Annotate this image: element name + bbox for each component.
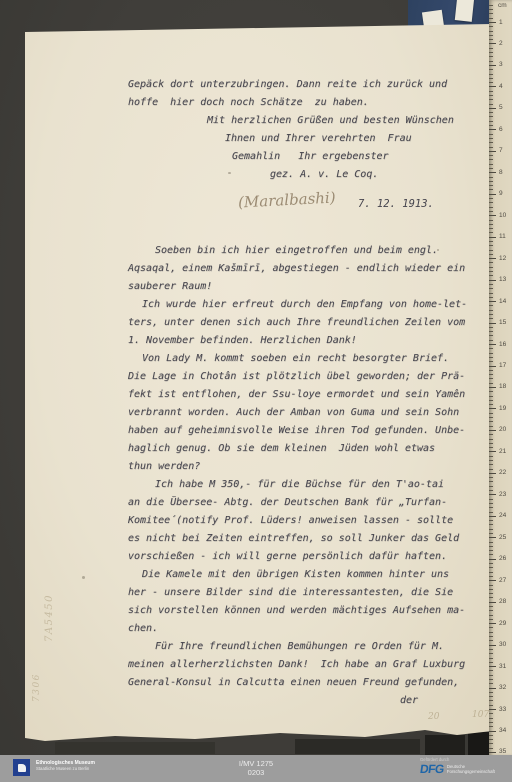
letter-line: es nicht bei Zeiten eintreffen, so soll … <box>128 533 459 545</box>
letter-line: vorschießen - ich will gerne persönlich … <box>128 551 447 563</box>
letter-line: Ihnen und Ihrer verehrten Frau <box>225 133 412 145</box>
archive-footer-bar: Ethnologisches Museum Staatliche Museen … <box>0 755 512 782</box>
letter-line: Von Lady M. kommt soeben ein recht besor… <box>142 353 449 365</box>
letter-line: fekt ist entflohen, der Ssu-loye ermorde… <box>128 389 465 401</box>
letter-line: thun werden? <box>128 461 200 473</box>
letter-line: sauberer Raum! <box>128 281 212 293</box>
letter-line: der <box>400 695 418 707</box>
letter-line: verbrannt worden. Auch der Amban von Gum… <box>128 407 459 419</box>
letter-line: hoffe hier doch noch Schätze zu haben. <box>128 97 369 109</box>
letter-line: General-Konsul in Calcutta einen neuen F… <box>128 677 459 689</box>
pencil-number-bottom-right-a: 20 <box>428 712 439 722</box>
letter-line: Für Ihre freundlichen Bemühungen re Orde… <box>155 641 444 653</box>
letter-line: haglich genug. Ob sie dem kleinen Jüden … <box>128 443 435 455</box>
scan-background: Gepäck dort unterzubringen. Dann reite i… <box>0 0 512 782</box>
letter-line: Die Lage in Chotân ist plötzlich übel ge… <box>128 371 465 383</box>
letter-line: her - unsere Bilder sind die interessant… <box>128 587 453 599</box>
letter-line: an die Übersee- Abtg. der Deutschen Bank… <box>128 497 447 509</box>
paper-speck <box>437 249 439 251</box>
typed-date: 7. 12. 1913. <box>358 198 434 210</box>
dfg-name-line2: Forschungsgemeinschaft <box>447 769 495 774</box>
letter-line: Soeben bin ich hier eingetroffen und bei… <box>155 245 438 257</box>
paper-speck <box>82 576 85 579</box>
handwritten-place-annotation: (Maralbashi) <box>238 189 336 210</box>
letter-line: gez. A. v. Le Coq. <box>270 169 378 181</box>
letter-line: Aqsaqal, einem Kašmīrī, abgestiegen - en… <box>128 263 465 275</box>
dfg-logo: DFG <box>419 763 445 775</box>
letter-line: chen. <box>128 623 158 635</box>
letter-line: 1. November befinden. Herzlichen Dank! <box>128 335 357 347</box>
letter-line: Ich wurde hier erfreut durch den Empfang… <box>142 299 467 311</box>
pencil-number-bottom-right-b: 107 <box>472 710 489 720</box>
letter-line: Komitee´(notify Prof. Lüders! anweisen l… <box>128 515 453 527</box>
letter-line: Ich habe M 350,- für die Büchse für den … <box>155 479 444 491</box>
letter-line: Die Kamele mit den übrigen Kisten kommen… <box>142 569 449 581</box>
letter-text-layer: Gepäck dort unterzubringen. Dann reite i… <box>0 0 512 782</box>
paper-speck <box>228 172 231 174</box>
dfg-name: Deutsche Forschungsgemeinschaft <box>447 764 495 774</box>
pencil-inventory-number-vertical: 7A5450 <box>44 594 55 642</box>
pencil-number-lower-left: 7306 <box>32 673 42 702</box>
letter-line: Gemahlin Ihr ergebenster <box>232 151 389 163</box>
funding-block: Gefördert durch DFG Deutsche Forschungsg… <box>420 757 495 775</box>
letter-line: haben auf geheimnisvolle Weise ihren Tod… <box>128 425 465 437</box>
letter-line: sich vorstellen können und werden mächti… <box>128 605 465 617</box>
letter-line: meinen allerherzlichsten Dank! Ich habe … <box>128 659 465 671</box>
letter-line: ters, unter denen sich auch Ihre freundl… <box>128 317 465 329</box>
letter-line: Mit herzlichen Grüßen und besten Wünsche… <box>207 115 454 127</box>
letter-line: Gepäck dort unterzubringen. Dann reite i… <box>128 79 447 91</box>
